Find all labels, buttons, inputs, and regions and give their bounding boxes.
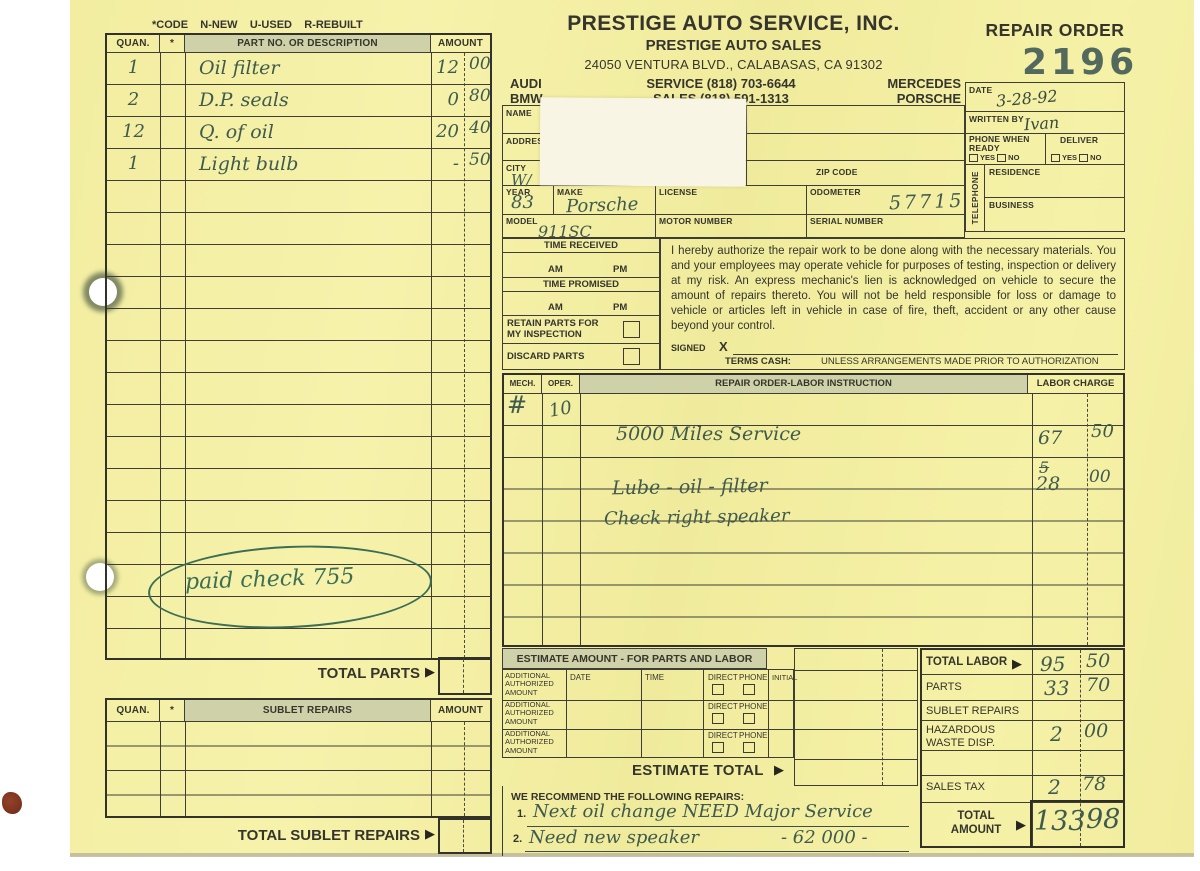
part-desc: Oil filter xyxy=(199,57,279,79)
part-amt-cents: 50 xyxy=(469,150,491,170)
time-column: TIME RECEIVED AM PM TIME PROMISED AM PM … xyxy=(502,238,660,370)
labor-amt-cents: 00 xyxy=(1089,467,1111,487)
recommend-item-number: 1. xyxy=(517,808,526,820)
parts-desc-header: PART NO. OR DESCRIPTION xyxy=(185,35,431,52)
sublet-star-header: * xyxy=(160,700,185,721)
total-labor-label: TOTAL LABOR xyxy=(926,656,1007,668)
rule-line xyxy=(795,670,917,671)
part-row: 12 Q. of oil 20 40 xyxy=(107,117,490,149)
direct-label: DIRECT xyxy=(708,702,738,711)
pm-label: PM xyxy=(613,302,627,313)
rule-line xyxy=(768,670,769,757)
cents-divider xyxy=(463,659,464,693)
motor-number-label: MOTOR NUMBER xyxy=(659,216,733,226)
sublet-table-header: QUAN. * SUBLET REPAIRS AMOUNT xyxy=(107,700,490,722)
total-amount-dollars: 133 xyxy=(1034,806,1086,837)
pm-label: PM xyxy=(613,264,627,275)
time-received-label: TIME RECEIVED xyxy=(503,239,659,253)
rule-line xyxy=(566,670,567,757)
make-value: Porsche xyxy=(566,194,639,218)
additional-auth-label: ADDITIONALAUTHORIZEDAMOUNT xyxy=(505,672,554,697)
mech-note: # xyxy=(507,391,527,419)
phone-label: PHONE xyxy=(739,731,767,740)
signature-line xyxy=(733,354,1118,355)
signed-label: SIGNED xyxy=(671,343,706,353)
labor-table-header: MECH. OPER. REPAIR ORDER-LABOR INSTRUCTI… xyxy=(504,375,1123,394)
recommend-item-note: - 62 000 - xyxy=(781,827,868,848)
total-amount-label: TOTALAMOUNT xyxy=(940,810,1012,838)
service-phone: SERVICE (818) 703-6644 xyxy=(582,76,860,91)
part-row: 1 Light bulb - 50 xyxy=(107,149,490,181)
written-by-label: WRITTEN BY xyxy=(969,114,1024,124)
arrow-icon: ▶ xyxy=(1016,818,1026,831)
part-amt-dollars: 12 xyxy=(433,57,459,78)
totals-table: TOTAL LABOR ▶ 95 50 PARTS 33 70 SUBLET R… xyxy=(920,648,1125,848)
sublet-desc-header: SUBLET REPAIRS xyxy=(185,700,431,721)
part-quan: 12 xyxy=(107,121,160,142)
phone-checkbox xyxy=(743,742,755,753)
authorization-box: I hereby authorize the repair work to be… xyxy=(660,238,1125,370)
rule-line xyxy=(1032,394,1033,645)
am-label: AM xyxy=(548,264,563,275)
rule-line xyxy=(795,700,917,701)
phone-label: PHONE xyxy=(739,702,767,711)
estimate-date-label: DATE xyxy=(570,673,591,682)
part-amt-cents: 80 xyxy=(469,86,491,106)
part-quan: 2 xyxy=(107,89,160,110)
deliver-yes-checkbox xyxy=(1051,154,1060,162)
parts-amount-header: AMOUNT xyxy=(431,35,490,52)
rule-line xyxy=(580,394,581,645)
sublet-table-body xyxy=(107,722,490,816)
sublet-quan-header: QUAN. xyxy=(107,700,160,721)
parts-total-cents: 70 xyxy=(1086,674,1110,696)
labor-amt-dollars: 67 xyxy=(1038,427,1062,449)
total-parts-label: TOTAL PARTS xyxy=(240,665,420,682)
labor-instruction-header: REPAIR ORDER-LABOR INSTRUCTION xyxy=(580,375,1028,393)
serial-number-label: SERIAL NUMBER xyxy=(810,216,883,226)
recommend-item-text: Next oil change NEED Major Service xyxy=(533,801,873,822)
deliver-label: DELIVER xyxy=(1060,135,1098,145)
sublet-table: QUAN. * SUBLET REPAIRS AMOUNT xyxy=(105,698,492,818)
part-amt-dollars: - xyxy=(433,153,459,174)
part-quan: 1 xyxy=(107,153,160,174)
rule-line xyxy=(431,722,432,816)
parts-table-header: QUAN. * PART NO. OR DESCRIPTION AMOUNT xyxy=(107,35,490,53)
discard-parts-row: DISCARD PARTS xyxy=(503,344,659,369)
brand-mercedes: MERCEDES xyxy=(860,76,961,91)
time-received-cell: AM PM xyxy=(503,253,659,278)
retain-parts-label: RETAIN PARTS FOR xyxy=(507,318,598,329)
rule-line xyxy=(795,729,917,730)
additional-auth-grid: ADDITIONALAUTHORIZEDAMOUNT DATE TIME DIR… xyxy=(502,669,794,758)
part-amt-cents: 00 xyxy=(469,54,491,74)
business-label: BUSINESS xyxy=(989,200,1034,210)
cents-divider xyxy=(464,722,465,816)
no-label: NO xyxy=(1008,153,1019,162)
part-quan: 1 xyxy=(107,57,160,78)
repair-order-title: REPAIR ORDER xyxy=(975,20,1135,41)
parts-total-dollars: 33 xyxy=(1044,676,1069,700)
deliver-no-checkbox xyxy=(1079,154,1088,162)
direct-checkbox xyxy=(712,684,724,695)
recommend-item-text: Need new speaker xyxy=(529,827,699,848)
parts-star-header: * xyxy=(160,35,185,52)
terms-cash-label: TERMS CASH: xyxy=(725,356,791,367)
odometer-value: 57715 xyxy=(889,190,965,215)
total-labor-dollars: 95 xyxy=(1040,652,1065,676)
zip-label: ZIP CODE xyxy=(816,167,858,177)
hazardous-waste-label: HAZARDOUSWASTE DISP. xyxy=(926,724,995,749)
rule-line xyxy=(185,722,186,816)
time-promised-cell: AM PM xyxy=(503,292,659,316)
oper-note: 10 xyxy=(547,397,573,422)
brand-porsche: PORSCHE xyxy=(860,91,961,106)
total-sublet-box xyxy=(438,818,492,854)
labor-instruction: 5000 Miles Service xyxy=(616,423,801,445)
arrow-icon: ▶ xyxy=(425,827,435,840)
no-label: NO xyxy=(1090,153,1101,162)
direct-label: DIRECT xyxy=(708,731,738,740)
hazardous-cents: 00 xyxy=(1084,720,1108,742)
company-header: PRESTIGE AUTO SERVICE, INC. PRESTIGE AUT… xyxy=(502,12,965,106)
part-amt-dollars: 20 xyxy=(429,121,459,142)
model-label: MODEL xyxy=(506,216,538,226)
total-labor-cents: 50 xyxy=(1086,650,1110,672)
phone-deliver-row: PHONE WHEN READY YES NO DELIVER YES NO xyxy=(966,134,1124,165)
date-value: 3-28-92 xyxy=(995,86,1058,110)
cents-divider xyxy=(1087,394,1088,645)
direct-label: DIRECT xyxy=(708,673,738,682)
arrow-icon: ▶ xyxy=(774,763,784,776)
rule-line xyxy=(703,670,704,757)
company-subname: PRESTIGE AUTO SALES xyxy=(502,37,965,54)
estimate-amount-column xyxy=(794,648,918,786)
labor-charge-header: LABOR CHARGE xyxy=(1028,375,1123,393)
labor-instruction: Check right speaker xyxy=(604,505,790,529)
recommend-section: WE RECOMMEND THE FOLLOWING REPAIRS: 1. N… xyxy=(502,786,918,856)
sales-tax-label: SALES TAX xyxy=(926,781,985,793)
labor-table: MECH. OPER. REPAIR ORDER-LABOR INSTRUCTI… xyxy=(502,373,1125,647)
oper-header: OPER. xyxy=(542,375,580,393)
labor-table-body xyxy=(504,394,1123,645)
ink-stain xyxy=(2,792,22,814)
brand-audi: AUDI xyxy=(510,76,582,91)
phone-label: PHONE xyxy=(739,673,767,682)
direct-checkbox xyxy=(712,713,724,724)
legend-rebuilt: R-REBUILT xyxy=(304,19,362,31)
part-desc: Light bulb xyxy=(199,153,298,175)
yes-label: YES xyxy=(1062,153,1077,162)
sublet-amount-header: AMOUNT xyxy=(431,700,490,721)
odometer-label: ODOMETER xyxy=(810,187,861,197)
cents-divider xyxy=(463,820,464,852)
part-row: 2 D.P. seals 0 80 xyxy=(107,85,490,117)
part-desc: Q. of oil xyxy=(199,121,274,143)
authorization-text: I hereby authorize the repair work to be… xyxy=(671,244,1116,334)
handwritten-underline xyxy=(525,851,909,852)
total-sublet-label: TOTAL SUBLET REPAIRS xyxy=(180,827,420,844)
labor-amt-cents: 50 xyxy=(1091,421,1114,442)
ready-no-checkbox xyxy=(997,154,1006,162)
written-by-row: WRITTEN BY Ivan xyxy=(966,112,1124,134)
signed-x-mark: X xyxy=(719,339,728,354)
sales-tax-dollars: 2 xyxy=(1048,775,1061,799)
parts-code-legend: *CODE N-NEW U-USED R-REBUILT xyxy=(152,19,363,31)
recommend-item-number: 2. xyxy=(513,833,522,845)
sales-tax-cents: 78 xyxy=(1082,773,1106,795)
year-value: 83 xyxy=(511,192,534,213)
hazardous-dollars: 2 xyxy=(1050,722,1063,746)
total-amount-cents: 98 xyxy=(1086,804,1120,835)
phone-checkbox xyxy=(743,684,755,695)
retain-parts-row: RETAIN PARTS FOR MY INSPECTION xyxy=(503,316,659,344)
rule-line xyxy=(795,759,917,760)
yes-label: YES xyxy=(980,153,995,162)
company-name: PRESTIGE AUTO SERVICE, INC. xyxy=(502,12,965,36)
legend-used: U-USED xyxy=(250,19,292,31)
order-info-box: DATE 3-28-92 WRITTEN BY Ivan PHONE WHEN … xyxy=(965,82,1125,232)
additional-auth-label: ADDITIONALAUTHORIZEDAMOUNT xyxy=(505,730,554,755)
part-amt-cents: 40 xyxy=(469,118,491,138)
rule-line xyxy=(542,394,543,645)
ready-yes-checkbox xyxy=(969,154,978,162)
labor-amt-dollars: 28 xyxy=(1036,473,1060,495)
telephone-section: TELEPHONE RESIDENCE BUSINESS xyxy=(966,165,1124,231)
rule-line xyxy=(160,722,161,816)
time-promised-label: TIME PROMISED xyxy=(503,278,659,292)
rule-line xyxy=(922,700,1123,701)
parts-quan-header: QUAN. xyxy=(107,35,160,52)
part-desc: D.P. seals xyxy=(199,89,289,111)
company-address: 24050 VENTURA BLVD., CALABASAS, CA 91302 xyxy=(502,57,965,72)
legend-code: *CODE xyxy=(152,19,188,31)
residence-label: RESIDENCE xyxy=(989,167,1040,177)
discard-parts-checkbox xyxy=(623,348,640,365)
total-parts-box xyxy=(438,657,492,695)
part-row: 1 Oil filter 12 00 xyxy=(107,53,490,85)
estimate-total-label: ESTIMATE TOTAL xyxy=(632,762,764,779)
retain-parts-checkbox xyxy=(623,321,640,338)
estimate-header: ESTIMATE AMOUNT - FOR PARTS AND LABOR xyxy=(502,648,767,669)
discard-parts-label: DISCARD PARTS xyxy=(507,351,584,362)
phone-checkbox xyxy=(743,713,755,724)
name-label: NAME xyxy=(506,108,532,118)
date-row: DATE 3-28-92 xyxy=(966,83,1124,112)
additional-auth-label: ADDITIONALAUTHORIZEDAMOUNT xyxy=(505,701,554,726)
written-by-value: Ivan xyxy=(1023,113,1059,134)
rule-line xyxy=(641,670,642,757)
arrow-icon: ▶ xyxy=(1012,657,1022,670)
date-label: DATE xyxy=(969,85,992,95)
rule-line xyxy=(922,750,1123,751)
part-amt-dollars: 0 xyxy=(433,89,459,110)
arrow-icon: ▶ xyxy=(425,665,435,678)
am-label: AM xyxy=(548,302,563,313)
estimate-section: ESTIMATE AMOUNT - FOR PARTS AND LABOR AD… xyxy=(502,648,918,786)
legend-new: N-NEW xyxy=(200,19,237,31)
whiteout-patch xyxy=(540,97,747,186)
repair-order-number: 2196 xyxy=(1022,42,1138,83)
telephone-label: TELEPHONE xyxy=(971,171,980,224)
sublet-total-label: SUBLET REPAIRS xyxy=(926,705,1019,717)
direct-checkbox xyxy=(712,742,724,753)
parts-total-label: PARTS xyxy=(926,681,962,693)
labor-instruction: Lube - oil - filter xyxy=(612,475,768,500)
terms-cash-text: UNLESS ARRANGEMENTS MADE PRIOR TO AUTHOR… xyxy=(821,356,1099,367)
license-label: LICENSE xyxy=(659,187,697,197)
estimate-time-label: TIME xyxy=(645,673,664,682)
